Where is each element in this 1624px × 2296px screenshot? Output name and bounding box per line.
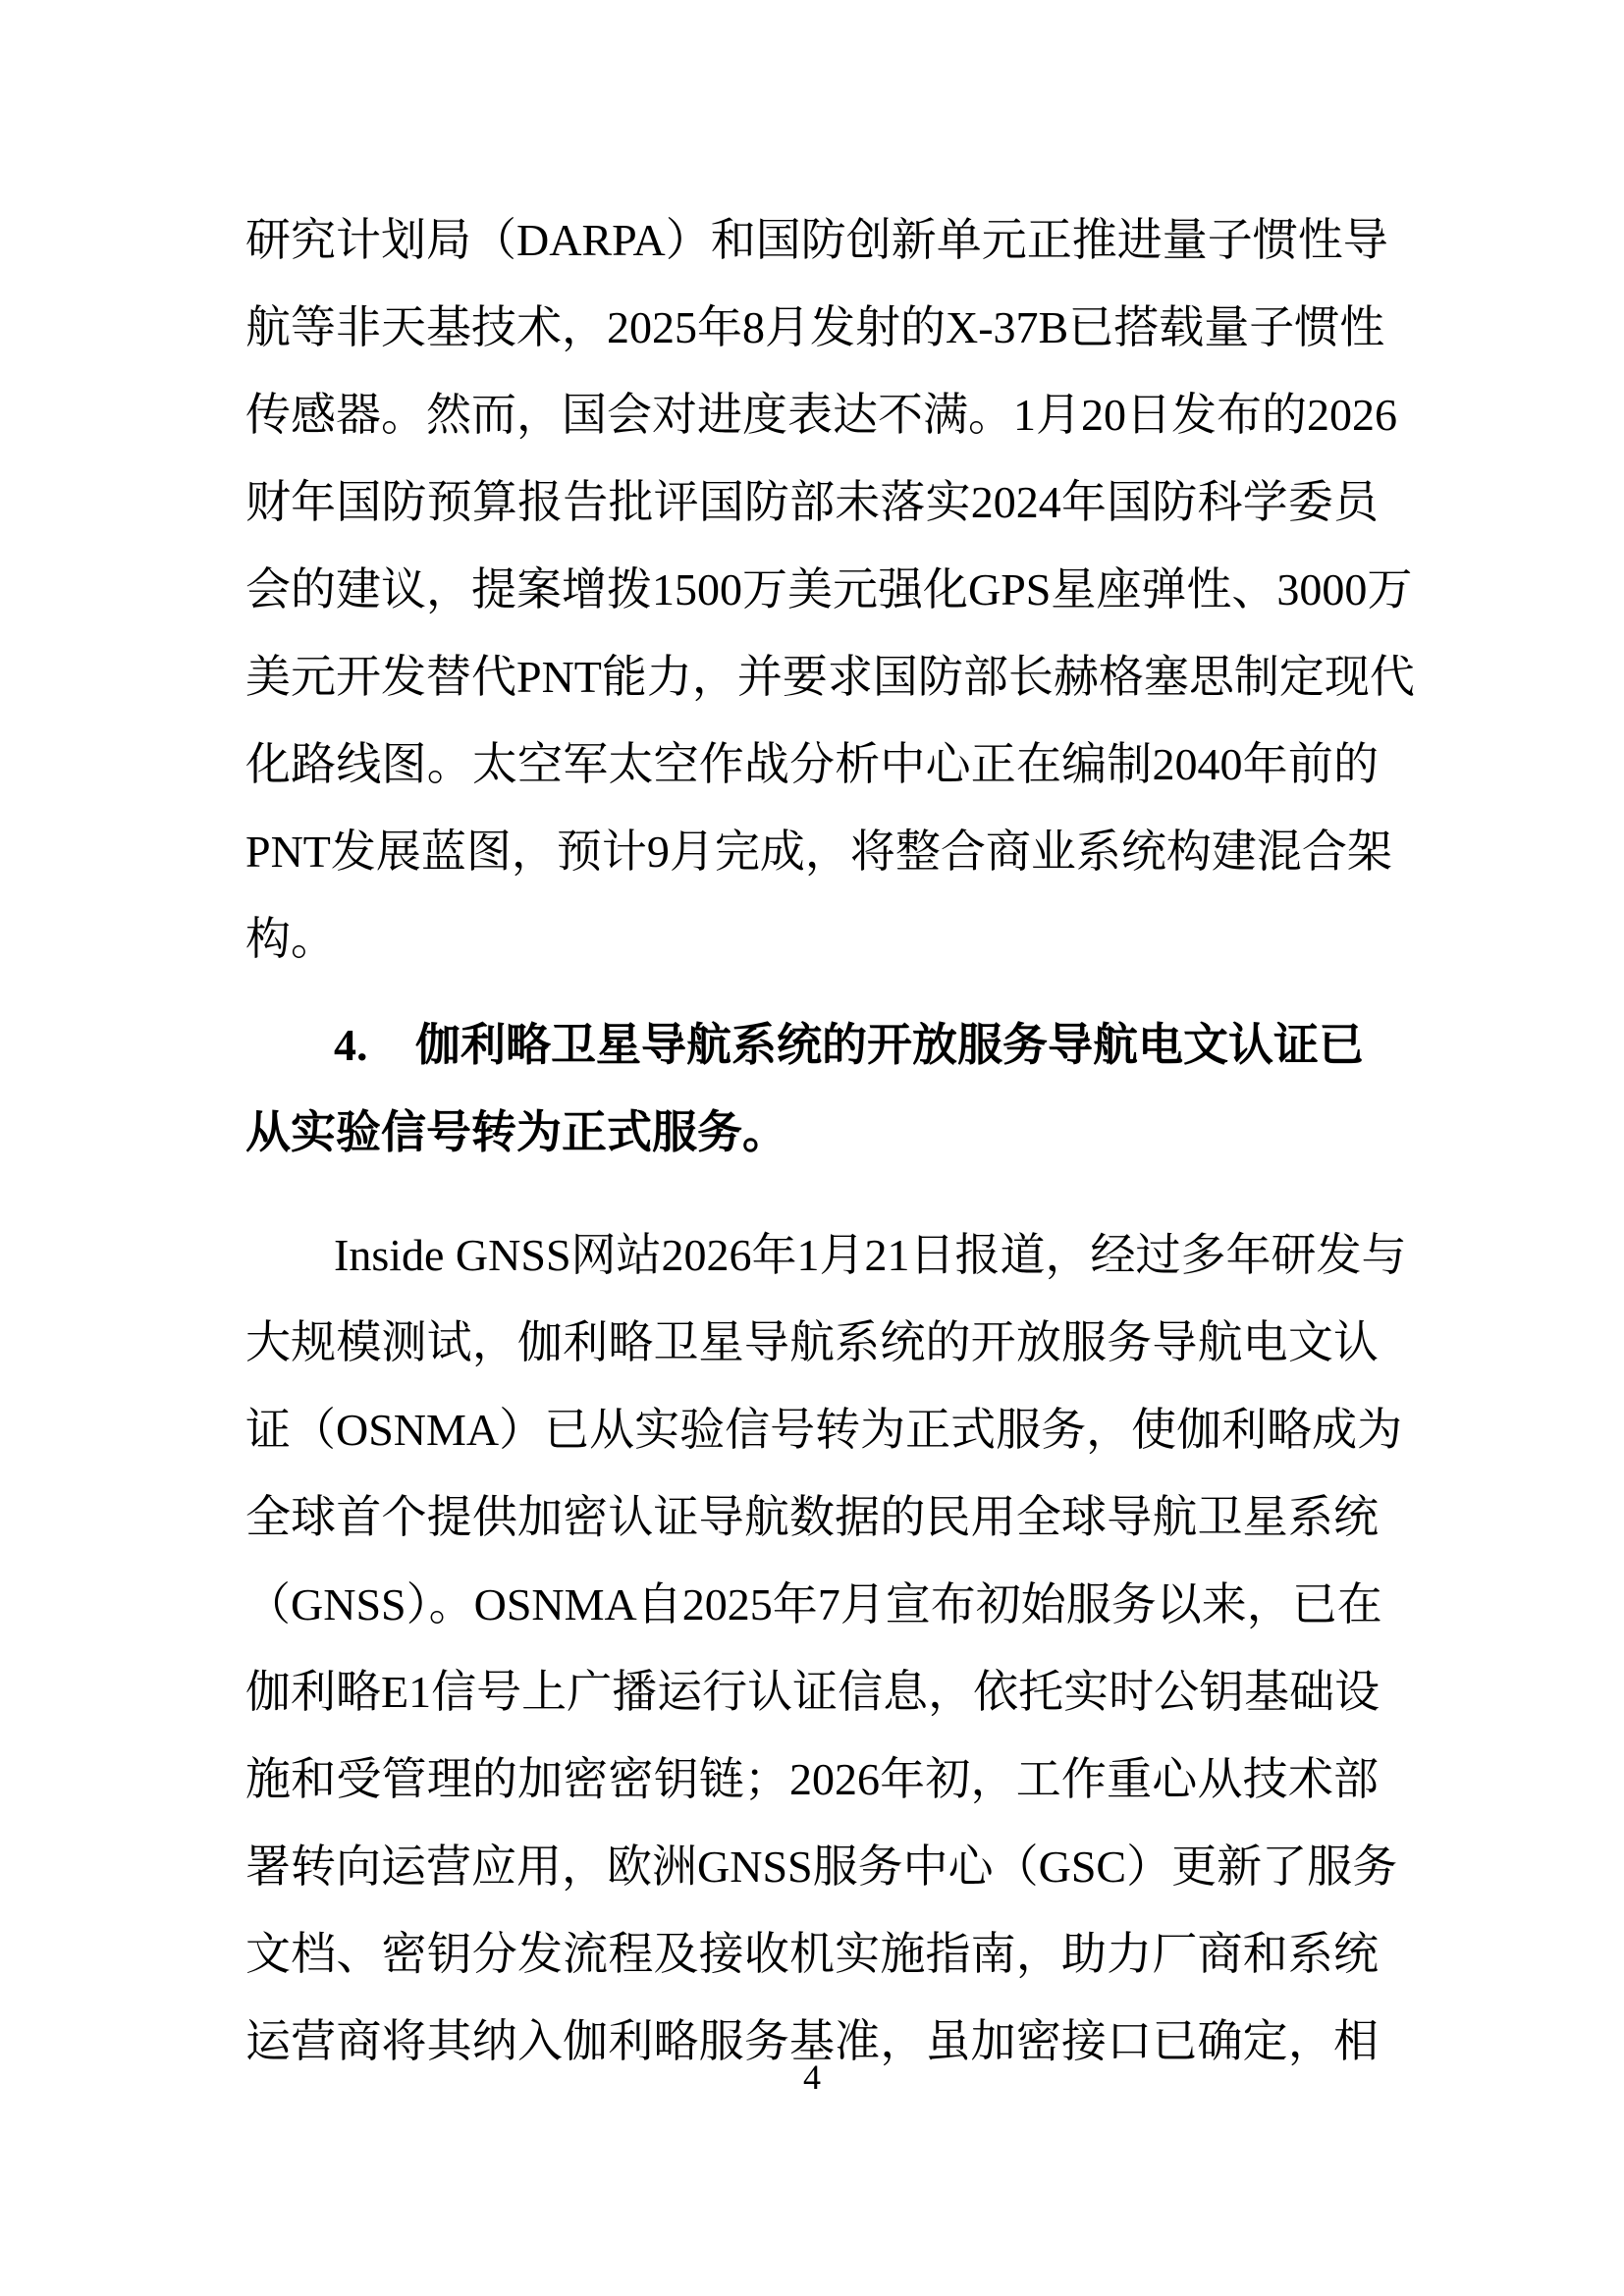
text-line: 会的建议，提案增拨1500万美元强化GPS星座弹性、3000万 (245, 546, 1379, 633)
page-number: 4 (245, 2056, 1379, 2099)
text-line: 美元开发替代PNT能力，并要求国防部长赫格塞思制定现代 (245, 633, 1379, 721)
paragraph-continuation: 研究计划局（DARPA）和国防创新单元正推进量子惯性导 航等非天基技术，2025… (245, 196, 1379, 983)
text-line: 传感器。然而，国会对进度表达不满。1月20日发布的2026 (245, 371, 1379, 458)
text-line: 伽利略E1信号上广播运行认证信息，依托实时公钥基础设 (245, 1648, 1379, 1735)
heading-line: 4.伽利略卫星导航系统的开放服务导航电文认证已 (245, 1001, 1379, 1089)
heading-number: 4. (334, 1001, 415, 1089)
text-line: Inside GNSS网站2026年1月21日报道，经过多年研发与 (245, 1211, 1379, 1299)
text-line: 化路线图。太空军太空作战分析中心正在编制2040年前的 (245, 721, 1379, 808)
heading-line: 从实验信号转为正式服务。 (245, 1089, 1379, 1176)
text-line: PNT发展蓝图，预计9月完成，将整合商业系统构建混合架 (245, 808, 1379, 895)
document-page: 研究计划局（DARPA）和国防创新单元正推进量子惯性导 航等非天基技术，2025… (0, 0, 1624, 2296)
page-content: 研究计划局（DARPA）和国防创新单元正推进量子惯性导 航等非天基技术，2025… (245, 196, 1379, 2085)
text-line: 施和受管理的加密密钥链；2026年初，工作重心从技术部 (245, 1735, 1379, 1823)
text-line: 署转向运营应用，欧洲GNSS服务中心（GSC）更新了服务 (245, 1823, 1379, 1910)
text-line: 财年国防预算报告批评国防部未落实2024年国防科学委员 (245, 458, 1379, 546)
text-line: 研究计划局（DARPA）和国防创新单元正推进量子惯性导 (245, 196, 1379, 284)
text-line: 文档、密钥分发流程及接收机实施指南，助力厂商和系统 (245, 1910, 1379, 1998)
text-line: 大规模测试，伽利略卫星导航系统的开放服务导航电文认 (245, 1299, 1379, 1386)
section-heading-4: 4.伽利略卫星导航系统的开放服务导航电文认证已 从实验信号转为正式服务。 (245, 1001, 1379, 1176)
text-line: 航等非天基技术，2025年8月发射的X-37B已搭载量子惯性 (245, 284, 1379, 371)
text-line: 证（OSNMA）已从实验信号转为正式服务，使伽利略成为 (245, 1386, 1379, 1473)
heading-text: 伽利略卫星导航系统的开放服务导航电文认证已 (415, 1020, 1364, 1070)
paragraph-body: Inside GNSS网站2026年1月21日报道，经过多年研发与 大规模测试，… (245, 1211, 1379, 2085)
text-line: 构。 (245, 895, 1379, 983)
text-line: （GNSS）。OSNMA自2025年7月宣布初始服务以来，已在 (245, 1561, 1379, 1648)
text-line: 全球首个提供加密认证导航数据的民用全球导航卫星系统 (245, 1473, 1379, 1561)
